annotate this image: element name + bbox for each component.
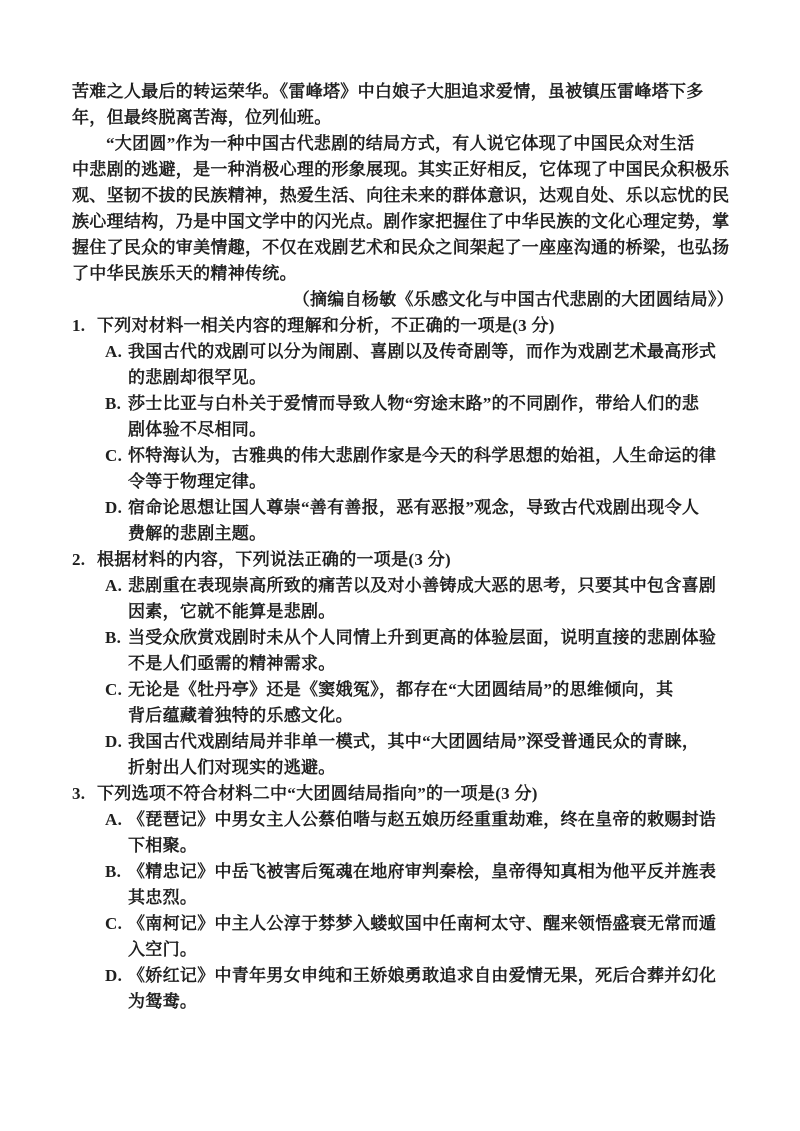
question-2-option-c-text: 无论是《牡丹亭》还是《窦娥冤》，都存在“大团圆结局”的思维倾向，其 背后蕴藏着独… [128,677,734,729]
document-content: 苦难之人最后的转运荣华。《雷峰塔》中白娘子大胆追求爱情，虽被镇压雷峰塔下多 年，… [72,79,734,1015]
question-3-number: 3. [72,781,91,807]
question-1-option-a-label: A. [105,339,124,365]
question-2-option-a-text: 悲剧重在表现崇高所致的痛苦以及对小善铸成大恶的思考，只要其中包含喜剧 因素，它就… [128,573,734,625]
question-2-option-b-text: 当受众欣赏戏剧时未从个人同情上升到更高的体验层面，说明直接的悲剧体验 不是人们亟… [128,625,734,677]
question-1-option-a-text: 我国古代的戏剧可以分为闹剧、喜剧以及传奇剧等，而作为戏剧艺术最高形式 的悲剧却很… [128,339,734,391]
question-1: 1. 下列对材料一相关内容的理解和分析，不正确的一项是(3 分) A. 我国古代… [72,313,734,547]
question-3-option-b-text: 《精忠记》中岳飞被害后冤魂在地府审判秦桧，皇帝得知真相为他平反并旌表 其忠烈。 [128,859,734,911]
question-3-stem-row: 3. 下列选项不符合材料二中“大团圆结局指向”的一项是(3 分) [72,781,734,807]
question-2-number: 2. [72,547,91,573]
question-2-option-d: D. 我国古代戏剧结局并非单一模式，其中“大团圆结局”深受普通民众的青睐， 折射… [105,729,734,781]
question-3-option-d-text: 《娇红记》中青年男女申纯和王娇娘勇敢追求自由爱情无果，死后合葬并幻化 为鸳鸯。 [128,963,734,1015]
question-3: 3. 下列选项不符合材料二中“大团圆结局指向”的一项是(3 分) A. 《琵琶记… [72,781,734,1015]
question-2-option-a-label: A. [105,573,124,599]
question-2-option-d-text: 我国古代戏剧结局并非单一模式，其中“大团圆结局”深受普通民众的青睐， 折射出人们… [128,729,734,781]
question-1-option-d-text: 宿命论思想让国人尊崇“善有善报，恶有恶报”观念，导致古代戏剧出现令人 费解的悲剧… [128,495,734,547]
source-attribution: （摘编自杨敏《乐感文化与中国古代悲剧的大团圆结局》） [72,287,734,313]
question-2-option-a: A. 悲剧重在表现崇高所致的痛苦以及对小善铸成大恶的思考，只要其中包含喜剧 因素… [105,573,734,625]
question-2-option-b: B. 当受众欣赏戏剧时未从个人同情上升到更高的体验层面，说明直接的悲剧体验 不是… [105,625,734,677]
question-1-option-b: B. 莎士比亚与白朴关于爱情而导致人物“穷途末路”的不同剧作，带给人们的悲 剧体… [105,391,734,443]
question-2-option-c-label: C. [105,677,124,703]
question-1-stem-row: 1. 下列对材料一相关内容的理解和分析，不正确的一项是(3 分) [72,313,734,339]
question-3-option-d: D. 《娇红记》中青年男女申纯和王娇娘勇敢追求自由爱情无果，死后合葬并幻化 为鸳… [105,963,734,1015]
question-3-option-c-label: C. [105,911,124,937]
question-3-option-a: A. 《琵琶记》中男女主人公蔡伯喈与赵五娘历经重重劫难，终在皇帝的敕赐封诰 下相… [105,807,734,859]
question-2-option-c: C. 无论是《牡丹亭》还是《窦娥冤》，都存在“大团圆结局”的思维倾向，其 背后蕴… [105,677,734,729]
exam-document-page: 苦难之人最后的转运荣华。《雷峰塔》中白娘子大胆追求爱情，虽被镇压雷峰塔下多 年，… [0,0,800,1131]
question-2-stem-text: 根据材料的内容，下列说法正确的一项是(3 分) [97,547,734,573]
question-3-option-b: B. 《精忠记》中岳飞被害后冤魂在地府审判秦桧，皇帝得知真相为他平反并旌表 其忠… [105,859,734,911]
passage-paragraph-tail: 苦难之人最后的转运荣华。《雷峰塔》中白娘子大胆追求爱情，虽被镇压雷峰塔下多 年，… [72,79,734,131]
question-1-option-a: A. 我国古代的戏剧可以分为闹剧、喜剧以及传奇剧等，而作为戏剧艺术最高形式 的悲… [105,339,734,391]
question-3-option-a-label: A. [105,807,124,833]
passage-paragraph-main: “大团圆”作为一种中国古代悲剧的结局方式，有人说它体现了中国民众对生活 中悲剧的… [72,131,734,287]
question-1-option-b-label: B. [105,391,124,417]
question-2-option-d-label: D. [105,729,124,755]
question-1-option-b-text: 莎士比亚与白朴关于爱情而导致人物“穷途末路”的不同剧作，带给人们的悲 剧体验不尽… [128,391,734,443]
question-3-option-a-text: 《琵琶记》中男女主人公蔡伯喈与赵五娘历经重重劫难，终在皇帝的敕赐封诰 下相聚。 [128,807,734,859]
question-2: 2. 根据材料的内容，下列说法正确的一项是(3 分) A. 悲剧重在表现崇高所致… [72,547,734,781]
question-2-option-b-label: B. [105,625,124,651]
question-1-option-c-text: 怀特海认为，古雅典的伟大悲剧作家是今天的科学思想的始祖，人生命运的律 令等于物理… [128,443,734,495]
question-3-stem-text: 下列选项不符合材料二中“大团圆结局指向”的一项是(3 分) [97,781,734,807]
question-3-option-c: C. 《南柯记》中主人公淳于棼梦入蝼蚁国中任南柯太守、醒来领悟盛衰无常而遁 入空… [105,911,734,963]
question-1-option-c: C. 怀特海认为，古雅典的伟大悲剧作家是今天的科学思想的始祖，人生命运的律 令等… [105,443,734,495]
question-1-option-d: D. 宿命论思想让国人尊崇“善有善报，恶有恶报”观念，导致古代戏剧出现令人 费解… [105,495,734,547]
question-2-stem-row: 2. 根据材料的内容，下列说法正确的一项是(3 分) [72,547,734,573]
question-3-option-b-label: B. [105,859,124,885]
question-1-option-c-label: C. [105,443,124,469]
question-3-option-d-label: D. [105,963,124,989]
question-1-option-d-label: D. [105,495,124,521]
question-3-option-c-text: 《南柯记》中主人公淳于棼梦入蝼蚁国中任南柯太守、醒来领悟盛衰无常而遁 入空门。 [128,911,734,963]
question-1-stem-text: 下列对材料一相关内容的理解和分析，不正确的一项是(3 分) [97,313,734,339]
question-1-number: 1. [72,313,91,339]
